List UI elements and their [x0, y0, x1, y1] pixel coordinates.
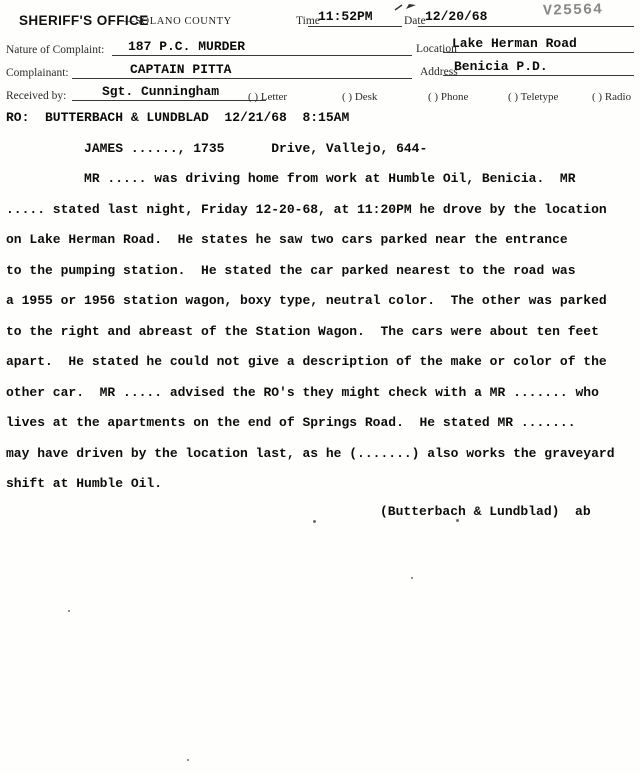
report-line: JAMES ......, 1735 Drive, Vallejo, 644- — [6, 141, 636, 172]
report-line: shift at Humble Oil. — [6, 476, 636, 507]
address-value: Benicia P.D. — [454, 59, 548, 74]
nature-of-complaint-label: Nature of Complaint: — [6, 44, 104, 56]
date-value: 12/20/68 — [425, 9, 487, 24]
checkbox-radio: ( ) Radio — [592, 91, 631, 103]
report-line: to the right and abreast of the Station … — [6, 324, 636, 355]
report-line: ..... stated last night, Friday 12-20-68… — [6, 202, 636, 233]
checkbox-phone: ( ) Phone — [428, 91, 468, 103]
complainant-label: Complainant: — [6, 67, 69, 79]
nature-underline — [112, 55, 412, 56]
case-number-stamp: V25564 — [543, 1, 603, 20]
scan-speck — [313, 520, 316, 523]
report-line: MR ..... was driving home from work at H… — [6, 171, 636, 202]
report-line: lives at the apartments on the end of Sp… — [6, 415, 636, 446]
nature-of-complaint-value: 187 P.C. MURDER — [128, 39, 245, 54]
address-underline — [443, 75, 634, 76]
time-underline — [308, 26, 402, 27]
location-label: Location — [416, 43, 457, 55]
scan-speck — [187, 759, 189, 761]
report-line: to the pumping station. He stated the ca… — [6, 263, 636, 294]
handwritten-arrow-mark — [394, 1, 420, 13]
date-underline — [418, 26, 634, 27]
scan-speck — [456, 519, 459, 522]
scan-speck — [68, 610, 70, 612]
checkbox-letter: ( ) Letter — [248, 91, 287, 103]
complainant-underline — [72, 78, 412, 79]
officer-signature: (Butterbach & Lundblad) ab — [380, 504, 591, 519]
received-by-label: Received by: — [6, 90, 66, 102]
scanned-report-page: SHERIFF'S OFFICE —SOLANO COUNTY Time 11:… — [0, 0, 640, 774]
received-by-value: Sgt. Cunningham — [102, 84, 219, 99]
report-line: apart. He stated he could not give a des… — [6, 354, 636, 385]
report-body: RO: BUTTERBACH & LUNDBLAD 12/21/68 8:15A… — [6, 110, 636, 507]
time-value: 11:52PM — [318, 9, 373, 24]
report-line: other car. MR ..... advised the RO's the… — [6, 385, 636, 416]
checkbox-teletype: ( ) Teletype — [508, 91, 558, 103]
scan-speck — [411, 577, 413, 579]
location-underline — [443, 52, 634, 53]
location-value: Lake Herman Road — [452, 36, 577, 51]
report-line: on Lake Herman Road. He states he saw tw… — [6, 232, 636, 263]
report-line: a 1955 or 1956 station wagon, boxy type,… — [6, 293, 636, 324]
report-line: may have driven by the location last, as… — [6, 446, 636, 477]
agency-subtitle: —SOLANO COUNTY — [124, 16, 232, 27]
received-underline — [72, 100, 266, 101]
checkbox-desk: ( ) Desk — [342, 91, 377, 103]
address-label: Address — [420, 66, 458, 78]
complainant-value: CAPTAIN PITTA — [130, 62, 231, 77]
report-line: RO: BUTTERBACH & LUNDBLAD 12/21/68 8:15A… — [6, 110, 636, 141]
